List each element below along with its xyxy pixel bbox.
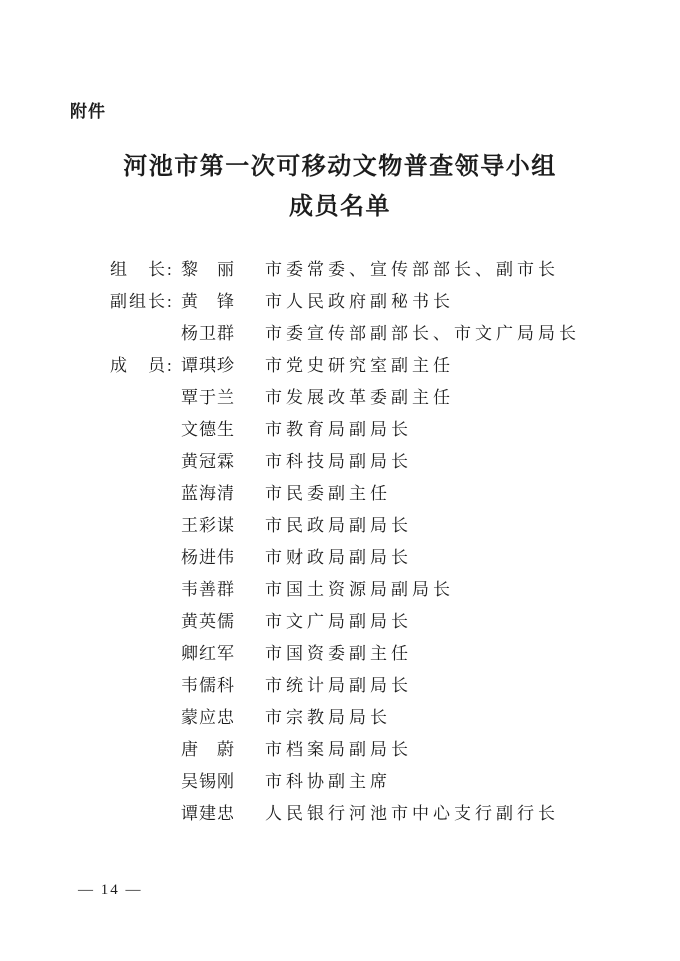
member-row: 卿红军 市国资委副主任 <box>110 635 650 667</box>
member-duty: 市科协副主席 <box>265 767 391 792</box>
member-name: 卿红军 <box>181 639 265 664</box>
member-duty: 市教育局副局长 <box>265 415 412 440</box>
document-page: 附件 河池市第一次可移动文物普查领导小组 成员名单 组 长: 黎 丽 市委常委、… <box>0 0 680 961</box>
member-name: 文德生 <box>181 415 265 440</box>
page-number: — 14 — <box>78 882 143 899</box>
member-row: 覃于兰 市发展改革委副主任 <box>110 379 650 411</box>
member-name: 杨进伟 <box>181 543 265 568</box>
member-name: 黄英儒 <box>181 607 265 632</box>
member-row: 吴锡刚 市科协副主席 <box>110 763 650 795</box>
member-name: 杨卫群 <box>181 319 265 344</box>
member-row: 副组长: 黄 锋 市人民政府副秘书长 <box>110 283 650 315</box>
member-row: 杨进伟 市财政局副局长 <box>110 539 650 571</box>
member-name: 黎 丽 <box>181 255 265 280</box>
document-title-line-1: 河池市第一次可移动文物普查领导小组 <box>123 154 557 180</box>
member-role-label: 副组长: <box>110 287 181 312</box>
member-row: 王彩谋 市民政局副局长 <box>110 507 650 539</box>
member-duty: 市统计局副局长 <box>265 671 412 696</box>
member-duty: 市科技局副局长 <box>265 447 412 472</box>
member-duty: 市档案局副局长 <box>265 735 412 760</box>
member-duty: 市国土资源局副局长 <box>265 575 454 600</box>
member-name: 黄 锋 <box>181 287 265 312</box>
member-row: 蓝海清 市民委副主任 <box>110 475 650 507</box>
member-duty: 市宗教局局长 <box>265 703 391 728</box>
member-row: 谭建忠 人民银行河池市中心支行副行长 <box>110 795 650 827</box>
member-duty: 市发展改革委副主任 <box>265 383 454 408</box>
member-duty: 市人民政府副秘书长 <box>265 287 454 312</box>
attachment-label: 附件 <box>70 97 106 122</box>
member-name: 吴锡刚 <box>181 767 265 792</box>
member-name: 黄冠霖 <box>181 447 265 472</box>
member-name: 蒙应忠 <box>181 703 265 728</box>
member-row: 韦善群 市国土资源局副局长 <box>110 571 650 603</box>
document-title: 河池市第一次可移动文物普查领导小组 成员名单 <box>0 147 680 227</box>
member-duty: 市民委副主任 <box>265 479 391 504</box>
member-duty: 市文广局副局长 <box>265 607 412 632</box>
member-name: 蓝海清 <box>181 479 265 504</box>
member-name: 覃于兰 <box>181 383 265 408</box>
member-duty: 市委常委、宣传部部长、副市长 <box>265 255 559 280</box>
member-row: 杨卫群 市委宣传部副部长、市文广局局长 <box>110 315 650 347</box>
member-duty: 人民银行河池市中心支行副行长 <box>265 799 559 824</box>
member-list: 组 长: 黎 丽 市委常委、宣传部部长、副市长 副组长: 黄 锋 市人民政府副秘… <box>110 251 650 827</box>
member-row: 黄英儒 市文广局副局长 <box>110 603 650 635</box>
member-name: 王彩谋 <box>181 511 265 536</box>
member-row: 组 长: 黎 丽 市委常委、宣传部部长、副市长 <box>110 251 650 283</box>
member-duty: 市民政局副局长 <box>265 511 412 536</box>
member-role-label: 成 员: <box>110 351 181 376</box>
member-duty: 市党史研究室副主任 <box>265 351 454 376</box>
member-duty: 市国资委副主任 <box>265 639 412 664</box>
member-row: 唐 蔚 市档案局副局长 <box>110 731 650 763</box>
member-name: 韦善群 <box>181 575 265 600</box>
member-role-label: 组 长: <box>110 255 181 280</box>
member-name: 唐 蔚 <box>181 735 265 760</box>
member-row: 韦儒科 市统计局副局长 <box>110 667 650 699</box>
member-duty: 市财政局副局长 <box>265 543 412 568</box>
member-row: 成 员: 谭琪珍 市党史研究室副主任 <box>110 347 650 379</box>
member-name: 韦儒科 <box>181 671 265 696</box>
member-row: 黄冠霖 市科技局副局长 <box>110 443 650 475</box>
member-duty: 市委宣传部副部长、市文广局局长 <box>265 319 580 344</box>
member-row: 文德生 市教育局副局长 <box>110 411 650 443</box>
member-name: 谭琪珍 <box>181 351 265 376</box>
document-title-line-2: 成员名单 <box>289 194 391 220</box>
member-name: 谭建忠 <box>181 799 265 824</box>
member-row: 蒙应忠 市宗教局局长 <box>110 699 650 731</box>
